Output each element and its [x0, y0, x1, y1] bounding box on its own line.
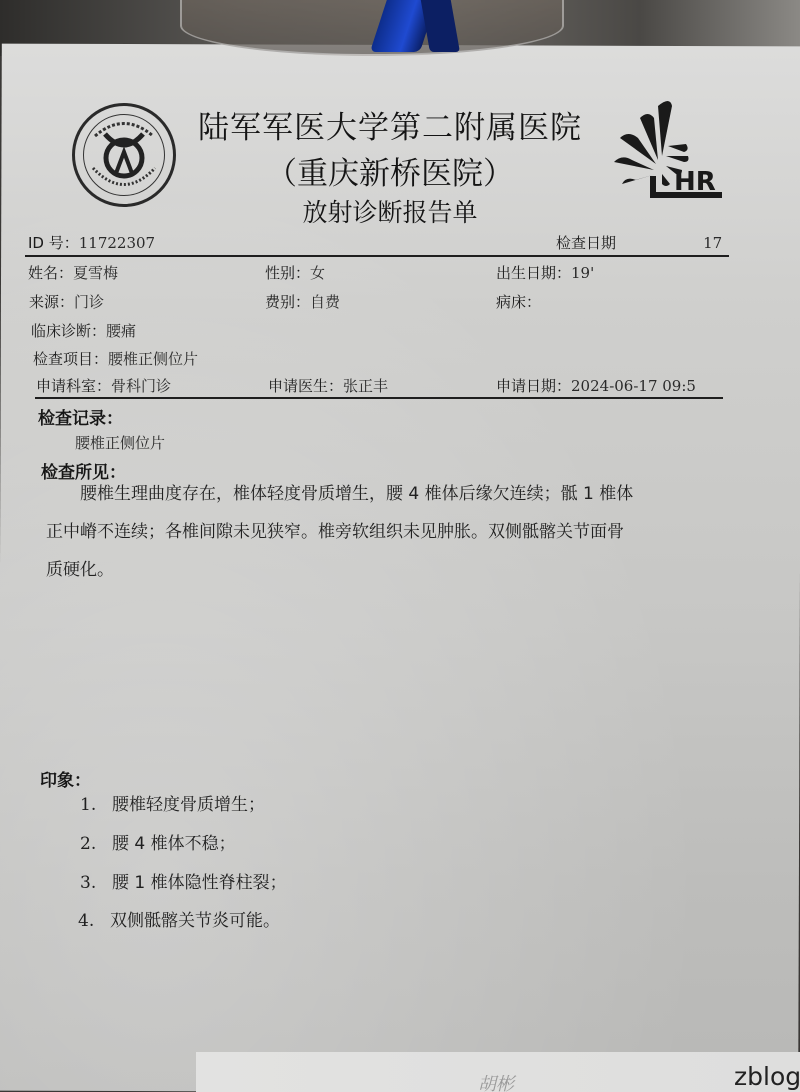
svg-text:HR: HR	[674, 167, 716, 197]
dob-value: 19'	[571, 264, 594, 282]
gender-value: 女	[310, 264, 325, 282]
doctor-value: 张正丰	[343, 377, 388, 395]
exam-record-heading: 检查记录：	[38, 404, 123, 429]
impression-item: 2.腰 4 椎体不稳；	[80, 829, 236, 854]
exam-date-field: 检查日期 17	[556, 232, 722, 253]
clinical-diagnosis-value: 腰痛	[106, 322, 136, 340]
doctor-field: 申请医生：张正丰	[268, 375, 388, 396]
fee-field: 费别：自费	[265, 291, 340, 312]
dob-label: 出生日期：	[496, 264, 571, 282]
request-date-label: 申请日期：	[496, 377, 571, 395]
exam-item-field: 检查项目：腰椎正侧位片	[33, 348, 198, 369]
findings-body: 腰椎生理曲度存在，椎体轻度骨质增生，腰 4 椎体后缘欠连续；骶 1 椎体 正中嵴…	[46, 475, 746, 589]
source-field: 来源：门诊	[29, 291, 104, 312]
id-label: ID 号：	[28, 234, 79, 252]
department-field: 申请科室：骨科门诊	[36, 375, 171, 396]
department-value: 骨科门诊	[111, 377, 171, 395]
divider-bottom	[35, 397, 723, 399]
exam-item-label: 检查项目：	[33, 350, 108, 368]
impression-text: 腰 1 椎体隐性脊柱裂；	[112, 873, 287, 893]
watermark: zblog	[734, 1062, 800, 1091]
exam-item-value: 腰椎正侧位片	[108, 350, 198, 368]
name-label: 姓名：	[28, 264, 73, 282]
swirl-logo-icon: HR	[608, 96, 728, 206]
impression-number: 4.	[78, 911, 110, 931]
exam-record-content: 腰椎正侧位片	[75, 432, 165, 453]
department-logo: HR	[608, 96, 728, 206]
gender-label: 性别：	[265, 264, 310, 282]
hospital-name: 陆军军医大学第二附属医院	[190, 102, 590, 147]
fee-value: 自费	[310, 293, 340, 311]
name-field: 姓名：夏雪梅	[28, 262, 118, 283]
request-date-value: 2024-06-17 09:5	[571, 377, 696, 395]
request-date-field: 申请日期：2024-06-17 09:5	[496, 375, 696, 396]
name-value: 夏雪梅	[73, 264, 118, 282]
hospital-seal-logo	[72, 103, 176, 207]
impression-number: 1.	[80, 795, 112, 815]
dob-field: 出生日期：19'	[496, 262, 594, 283]
id-value: 11722307	[79, 234, 155, 252]
bed-field: 病床：	[496, 291, 541, 312]
impression-number: 3.	[80, 873, 112, 893]
exam-date-value: 17	[703, 234, 722, 252]
findings-line: 腰椎生理曲度存在，椎体轻度骨质增生，腰 4 椎体后缘欠连续；骶 1 椎体	[46, 475, 746, 513]
seal-emblem-icon	[75, 106, 173, 204]
findings-line: 质硬化。	[46, 551, 746, 589]
bed-label: 病床：	[496, 293, 541, 311]
impression-item: 3.腰 1 椎体隐性脊柱裂；	[80, 868, 287, 893]
gender-field: 性别：女	[265, 262, 325, 283]
impression-text: 腰椎轻度骨质增生；	[112, 795, 265, 815]
exam-date-label: 检查日期	[556, 234, 616, 252]
divider-top	[25, 255, 729, 257]
impression-number: 2.	[80, 834, 112, 854]
hospital-alias: （重庆新桥医院）	[190, 148, 590, 193]
impression-item: 4.双侧骶髂关节炎可能。	[78, 906, 280, 931]
impression-item: 1.腰椎轻度骨质增生；	[80, 790, 265, 815]
findings-line: 正中嵴不连续；各椎间隙未见狭窄。椎旁软组织未见肿胀。双侧骶髂关节面骨	[46, 513, 746, 551]
fee-label: 费别：	[265, 293, 310, 311]
report-title: 放射诊断报告单	[190, 193, 590, 229]
source-label: 来源：	[29, 293, 74, 311]
clinical-diagnosis-field: 临床诊断：腰痛	[31, 320, 136, 341]
impression-text: 腰 4 椎体不稳；	[112, 834, 236, 854]
id-field: ID 号：11722307	[28, 232, 155, 253]
department-label: 申请科室：	[36, 377, 111, 395]
doctor-signature: 胡彬	[478, 1070, 514, 1092]
impression-heading: 印象：	[40, 766, 91, 791]
source-value: 门诊	[74, 293, 104, 311]
doctor-label: 申请医生：	[268, 377, 343, 395]
clinical-diagnosis-label: 临床诊断：	[31, 322, 106, 340]
impression-text: 双侧骶髂关节炎可能。	[110, 911, 280, 931]
